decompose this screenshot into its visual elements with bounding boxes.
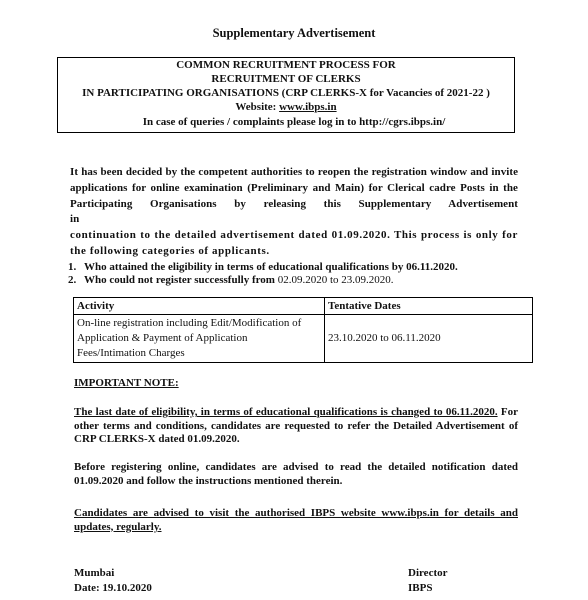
intro-line-3: Participating Organisations by releasing… xyxy=(70,197,518,229)
activity-cell: On-line registration including Edit/Modi… xyxy=(74,315,325,363)
intro-line-2: applications for online examination (Pre… xyxy=(70,181,518,197)
category-number: 1. xyxy=(68,261,84,274)
document-title: Supplementary Advertisement xyxy=(0,26,588,41)
header-line-organisations: IN PARTICIPATING ORGANISATIONS (CRP CLER… xyxy=(58,87,514,99)
header-line-queries: In case of queries / complaints please l… xyxy=(74,116,514,128)
activity-line: On-line registration including Edit/Modi… xyxy=(77,316,321,331)
table-header-row: Activity Tentative Dates xyxy=(74,298,533,315)
column-header-activity: Activity xyxy=(74,298,325,315)
category-list: 1.Who attained the eligibility in terms … xyxy=(68,261,528,287)
visit-website-note: Candidates are advised to visit the auth… xyxy=(74,507,518,534)
schedule-table: Activity Tentative Dates On-line registr… xyxy=(73,297,533,363)
intro-line-5: the following categories of applicants. xyxy=(70,244,518,260)
website-link[interactable]: www.ibps.in xyxy=(279,101,336,113)
intro-line-1: It has been decided by the competent aut… xyxy=(70,165,518,181)
column-header-dates: Tentative Dates xyxy=(325,298,533,315)
eligibility-note: The last date of eligibility, in terms o… xyxy=(74,406,518,447)
dates-cell: 23.10.2020 to 06.11.2020 xyxy=(325,315,533,363)
footer-designation: Director xyxy=(408,566,448,581)
before-registering-note: Before registering online, candidates ar… xyxy=(74,461,518,488)
category-item: 2.Who could not register successfully fr… xyxy=(68,274,528,287)
header-box: COMMON RECRUITMENT PROCESS FOR RECRUITME… xyxy=(57,57,515,133)
footer-organisation: IBPS xyxy=(408,581,448,596)
footer-place: Mumbai xyxy=(74,566,152,581)
header-line-website: Website: www.ibps.in xyxy=(58,101,514,113)
eligibility-underlined: The last date of eligibility, in terms o… xyxy=(74,406,498,418)
footer-left: Mumbai Date: 19.10.2020 xyxy=(74,566,152,596)
category-text: Who could not register successfully from xyxy=(84,274,278,286)
important-note-heading: IMPORTANT NOTE: xyxy=(74,377,179,389)
intro-paragraph: It has been decided by the competent aut… xyxy=(70,165,518,260)
header-line-process: COMMON RECRUITMENT PROCESS FOR xyxy=(58,59,514,71)
activity-line: Fees/Intimation Charges xyxy=(77,346,321,361)
header-line-recruitment: RECRUITMENT OF CLERKS xyxy=(58,73,514,85)
category-number: 2. xyxy=(68,274,84,287)
category-item: 1.Who attained the eligibility in terms … xyxy=(68,261,528,274)
category-text: Who attained the eligibility in terms of… xyxy=(84,261,458,273)
website-label: Website: xyxy=(235,101,279,113)
intro-line-4: continuation to the detailed advertiseme… xyxy=(70,228,518,244)
footer-right: Director IBPS xyxy=(408,566,448,596)
table-row: On-line registration including Edit/Modi… xyxy=(74,315,533,363)
activity-line: Application & Payment of Application xyxy=(77,331,321,346)
category-suffix: 02.09.2020 to 23.09.2020. xyxy=(278,274,394,286)
footer-date: Date: 19.10.2020 xyxy=(74,581,152,596)
